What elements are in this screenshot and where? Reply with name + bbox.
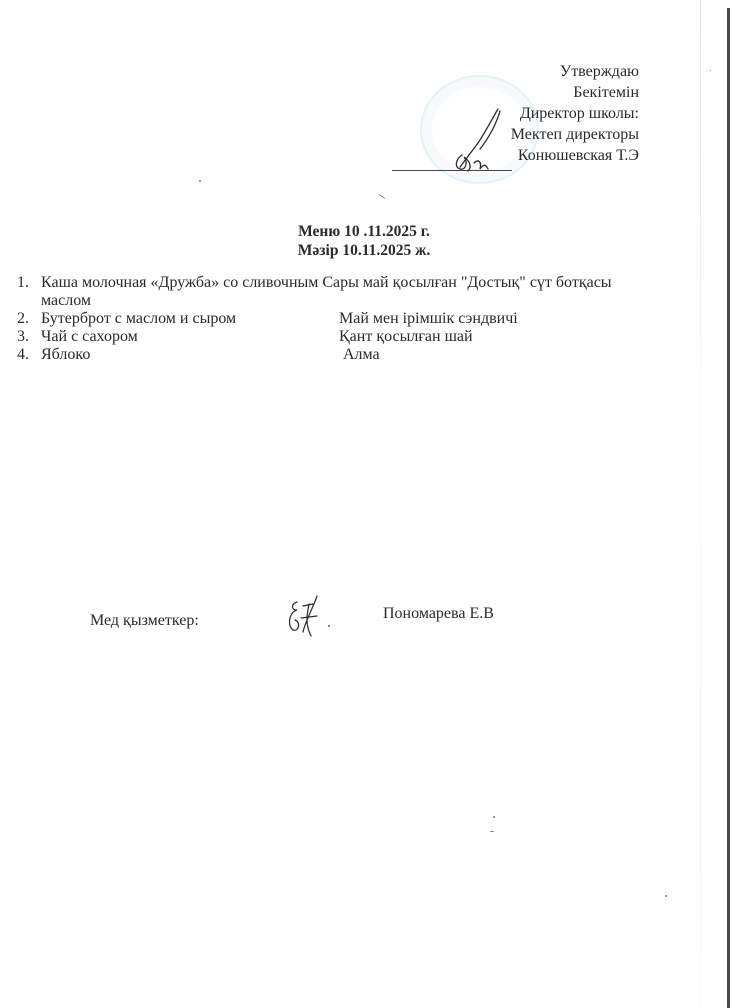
menu-item-text: Каша молочная «Дружба» со сливочным Сары… [41,274,612,292]
title-ru: Меню 10 .11.2025 г. [0,222,730,241]
approval-line-director-name: Конюшевская Т.Э [511,145,639,166]
medic-name: Пономарева Е.В [383,605,494,623]
director-signature-icon [440,105,510,175]
scan-speck [378,194,385,199]
scan-speck [710,70,711,71]
scan-edge [727,8,730,1008]
menu-item-kz: Қант қосылған шай [339,328,473,346]
menu-item-ru: Бутерброт с маслом и сыром [41,310,236,328]
menu-item-number: 4. [17,346,37,364]
menu-item-kz: Алма [339,346,380,364]
menu-item-number: 1. [17,274,37,292]
director-signature-line [392,170,512,171]
scan-speck [199,180,201,182]
menu-item-number: 3. [17,328,37,346]
approval-line-position-ru: Директор школы: [511,103,639,124]
medic-label: Мед қызметкер: [90,612,199,630]
menu-item-ru: Чай с сахором [41,328,138,346]
approval-line-approve-kz: Бекітемін [511,82,639,103]
menu-item-kz: Май мен ірімшік сэндвичі [339,310,518,328]
menu-item-text-continued: маслом [41,292,91,310]
approval-line-approve-ru: Утверждаю [511,61,639,82]
page-title: Меню 10 .11.2025 г. Мәзір 10.11.2025 ж. [0,222,732,260]
scan-speck [493,816,495,818]
menu-item-ru: Яблоко [41,346,90,364]
approval-block: Утверждаю Бекітемін Директор школы: Мект… [511,61,639,166]
scanned-page: Утверждаю Бекітемін Директор школы: Мект… [0,0,732,1008]
scan-speck [490,831,494,832]
scan-speck [665,895,667,897]
title-kz: Мәзір 10.11.2025 ж. [0,241,730,260]
medic-signature-icon [283,592,333,642]
approval-line-position-kz: Мектеп директоры [511,124,639,145]
scan-fold-line [700,0,701,1008]
menu-item-number: 2. [17,310,37,328]
